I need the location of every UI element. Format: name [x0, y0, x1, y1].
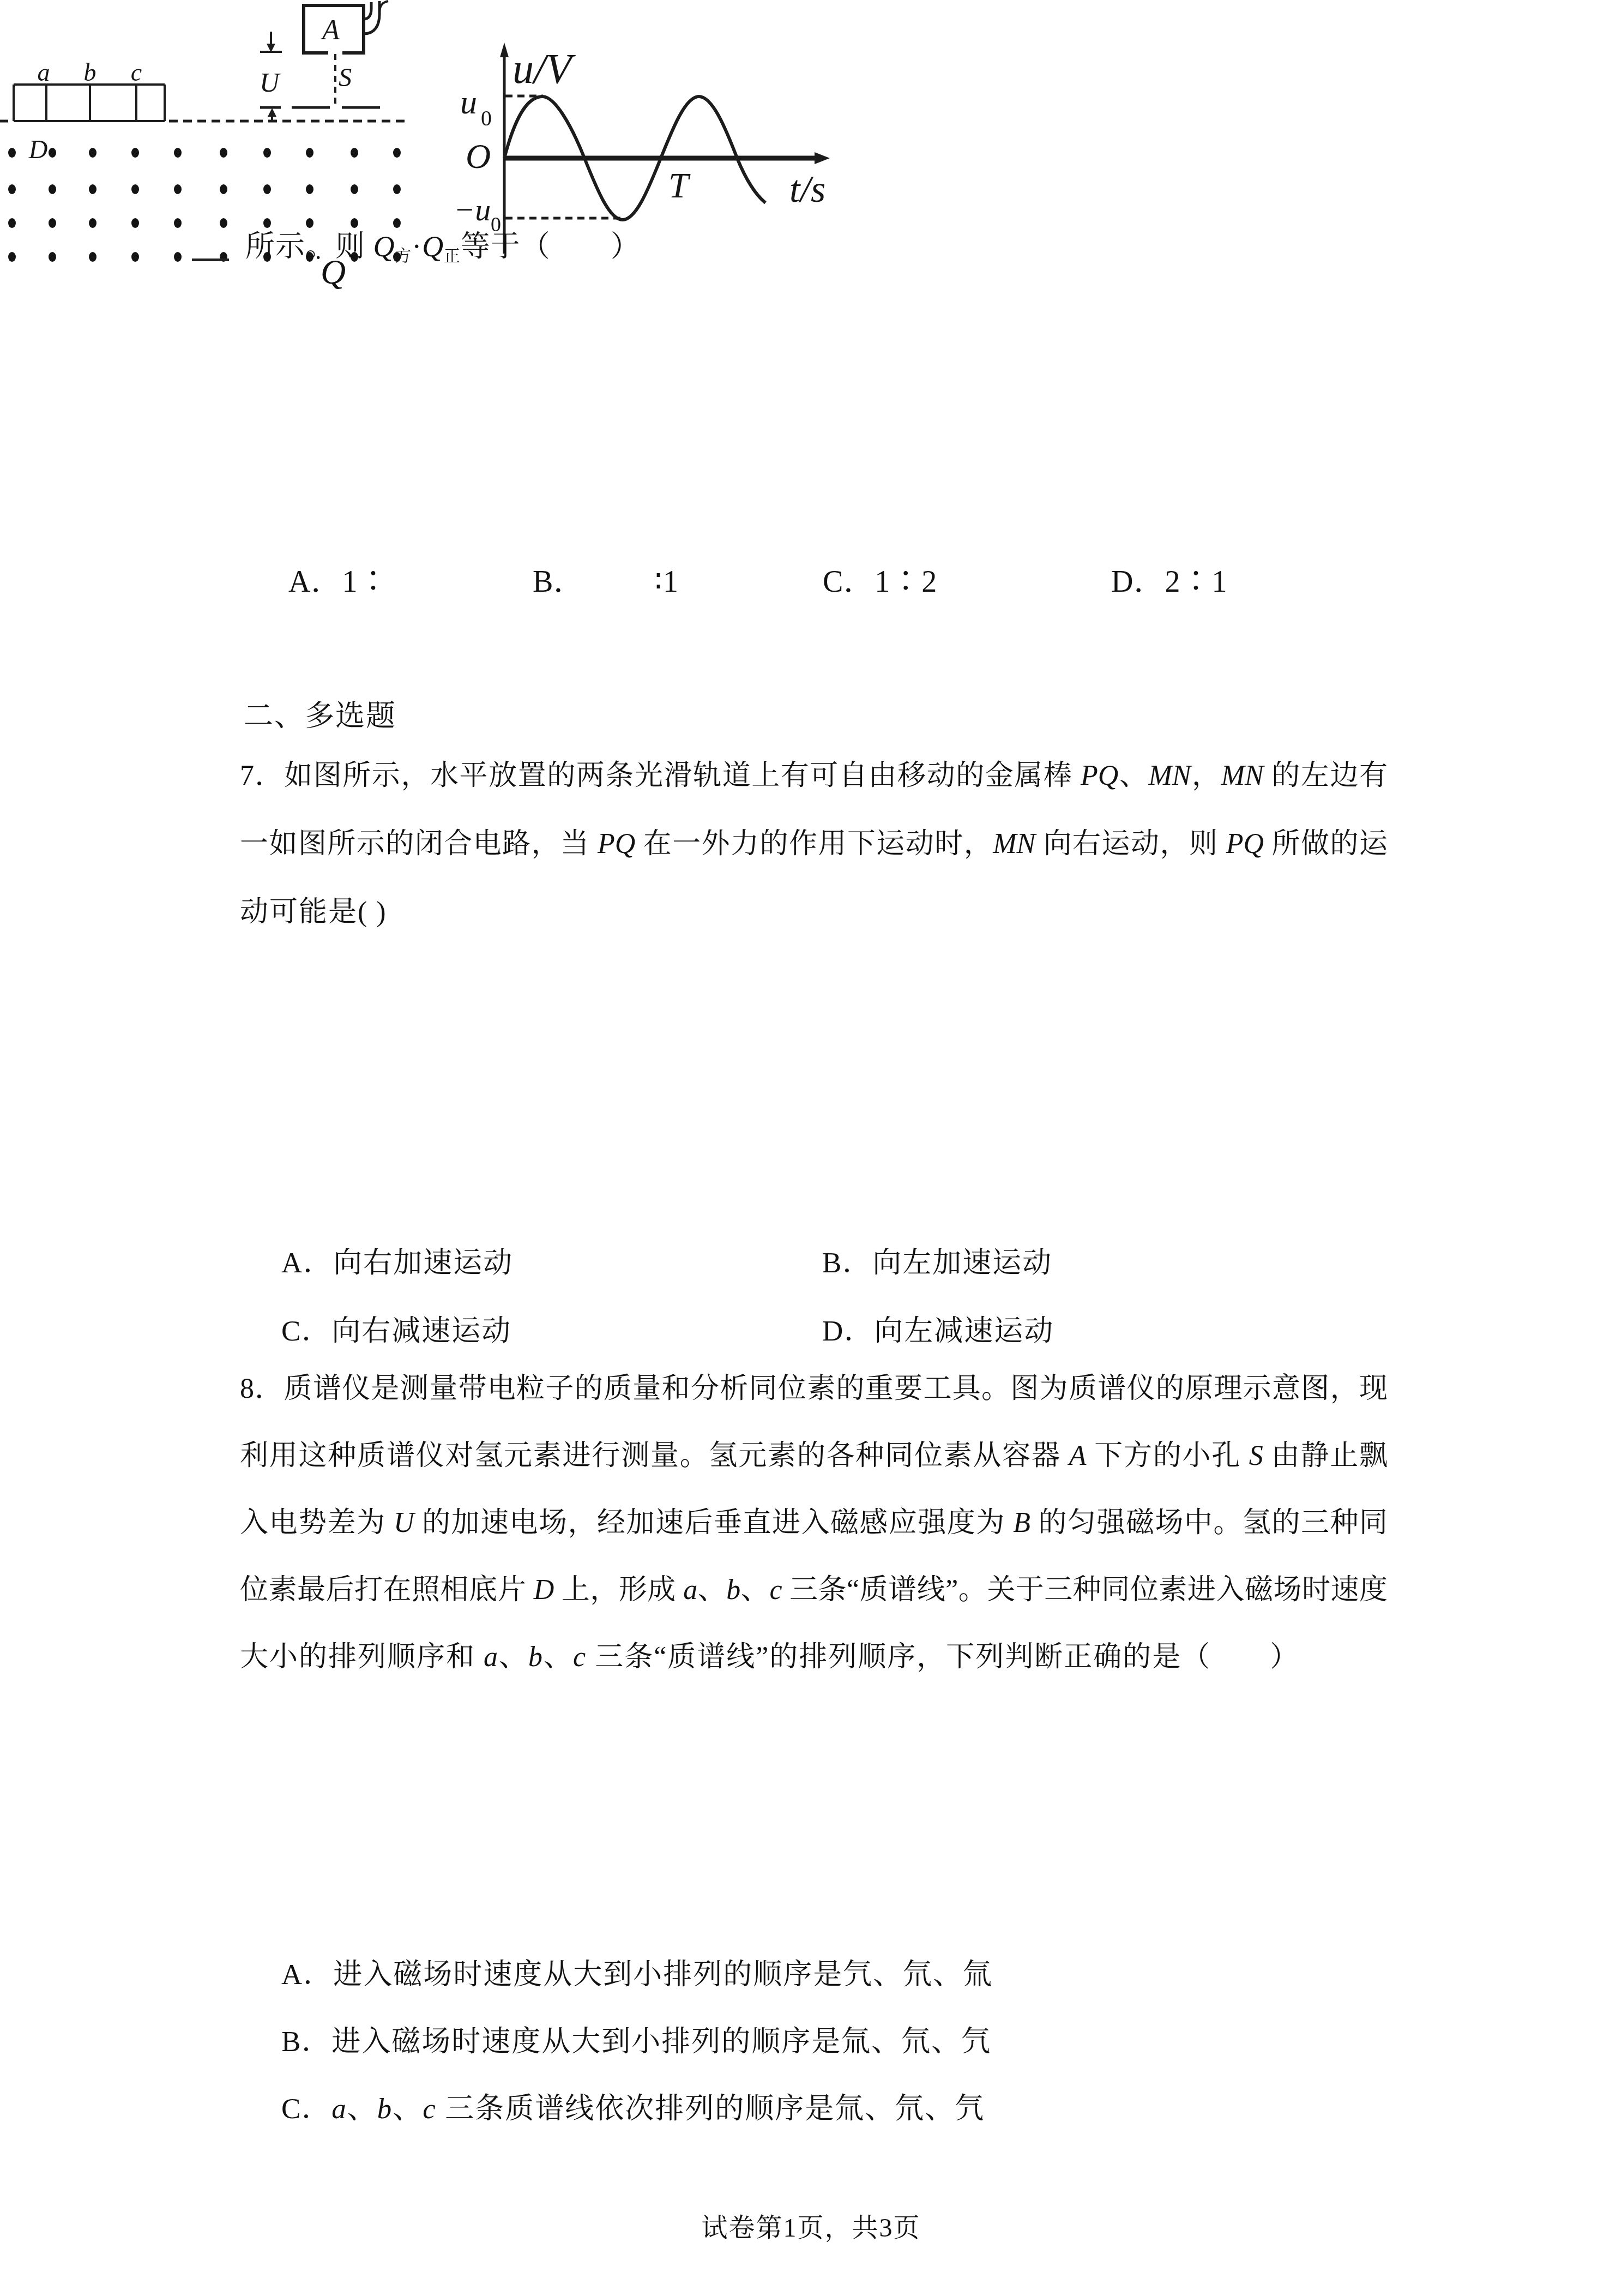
container-A	[304, 1, 388, 53]
q7-option-a: A．向右加速运动	[281, 1240, 513, 1281]
container-A-label: A	[321, 15, 340, 46]
line-label-b: b	[84, 58, 97, 86]
q7-line-3: 动可能是( )	[240, 888, 387, 929]
y-axis-arrow-icon	[500, 43, 509, 57]
section-title: 二、多选题	[244, 693, 396, 735]
page-footer: 试卷第1页，共3页	[0, 2207, 1622, 2244]
graph-ylabel: u/V	[512, 45, 576, 92]
x-axis-arrow-icon	[815, 152, 830, 164]
ratio-option-b: B．∶1	[533, 557, 679, 601]
line-label-a: a	[38, 58, 50, 86]
voltage-U-label: U	[260, 67, 281, 98]
up-arrow-icon	[268, 108, 276, 117]
origin-label: O	[466, 137, 491, 176]
graph-xlabel: t/s	[789, 169, 825, 211]
line-label-c: c	[131, 58, 142, 86]
q7-option-d: D．向左减速运动	[822, 1308, 1054, 1349]
q7-line-1: 7．如图所示，水平放置的两条光滑轨道上有可自由移动的金属棒 PQ、MN，MN 的…	[240, 752, 1388, 793]
q8-line-1: 8．质谱仪是测量带电粒子的质量和分析同位素的重要工具。图为质谱仪的原理示意图，现	[240, 1365, 1388, 1406]
q8-option-a: A．进入磁场时速度从大到小排列的顺序是氕、氘、氚	[281, 1951, 993, 1993]
q8-line-2: 利用这种质谱仪对氢元素进行测量。氢元素的各种同位素从容器 A 下方的小孔 S 由…	[240, 1432, 1388, 1473]
period-T-label: T	[668, 166, 691, 206]
plate-cells	[14, 85, 165, 121]
voltage-time-graph: u/V u 0 O −u 0 T t/s	[453, 16, 856, 322]
plate-D-label: D	[28, 135, 48, 164]
u0-label-sub: 0	[481, 106, 492, 130]
q8-line-4: 位素最后打在照相底片 D 上，形成 a、b、c 三条“质谱线”。关于三种同位素进…	[240, 1566, 1388, 1607]
stray-q-fragment: Q	[321, 252, 346, 292]
q7-line-2: 一如图所示的闭合电路，当 PQ 在一外力的作用下运动时，MN 向右运动，则 PQ…	[240, 820, 1388, 861]
q8-option-b: B．进入磁场时速度从大到小排列的顺序是氚、氘、氕	[281, 2018, 991, 2060]
ratio-option-c: C．1∶2	[823, 557, 937, 601]
u0-label: u	[460, 84, 477, 121]
overlap-question-fragment: 所示。则 Q方·Q正等于（ ）	[245, 223, 641, 266]
q8-line-5: 大小的排列顺序和 a、b、c 三条“质谱线”的排列顺序，下列判断正确的是（ ）	[240, 1633, 1299, 1674]
fraction-bar-fragment	[192, 259, 229, 261]
q7-option-c: C．向右减速运动	[281, 1308, 511, 1349]
q7-option-b: B．向左加速运动	[822, 1240, 1052, 1281]
ratio-option-a: A．1∶	[288, 557, 389, 601]
neg-u0-label: −u	[454, 192, 491, 227]
q8-option-c: C．a、b、c 三条质谱线依次排列的顺序是氚、氘、氕	[281, 2085, 985, 2127]
slit-S-label: S	[339, 63, 352, 92]
ratio-option-d: D．2∶1	[1111, 557, 1227, 601]
q8-line-3: 入电势差为 U 的加速电场，经加速后垂直进入磁感应强度为 B 的匀强磁场中。氢的…	[240, 1499, 1388, 1540]
